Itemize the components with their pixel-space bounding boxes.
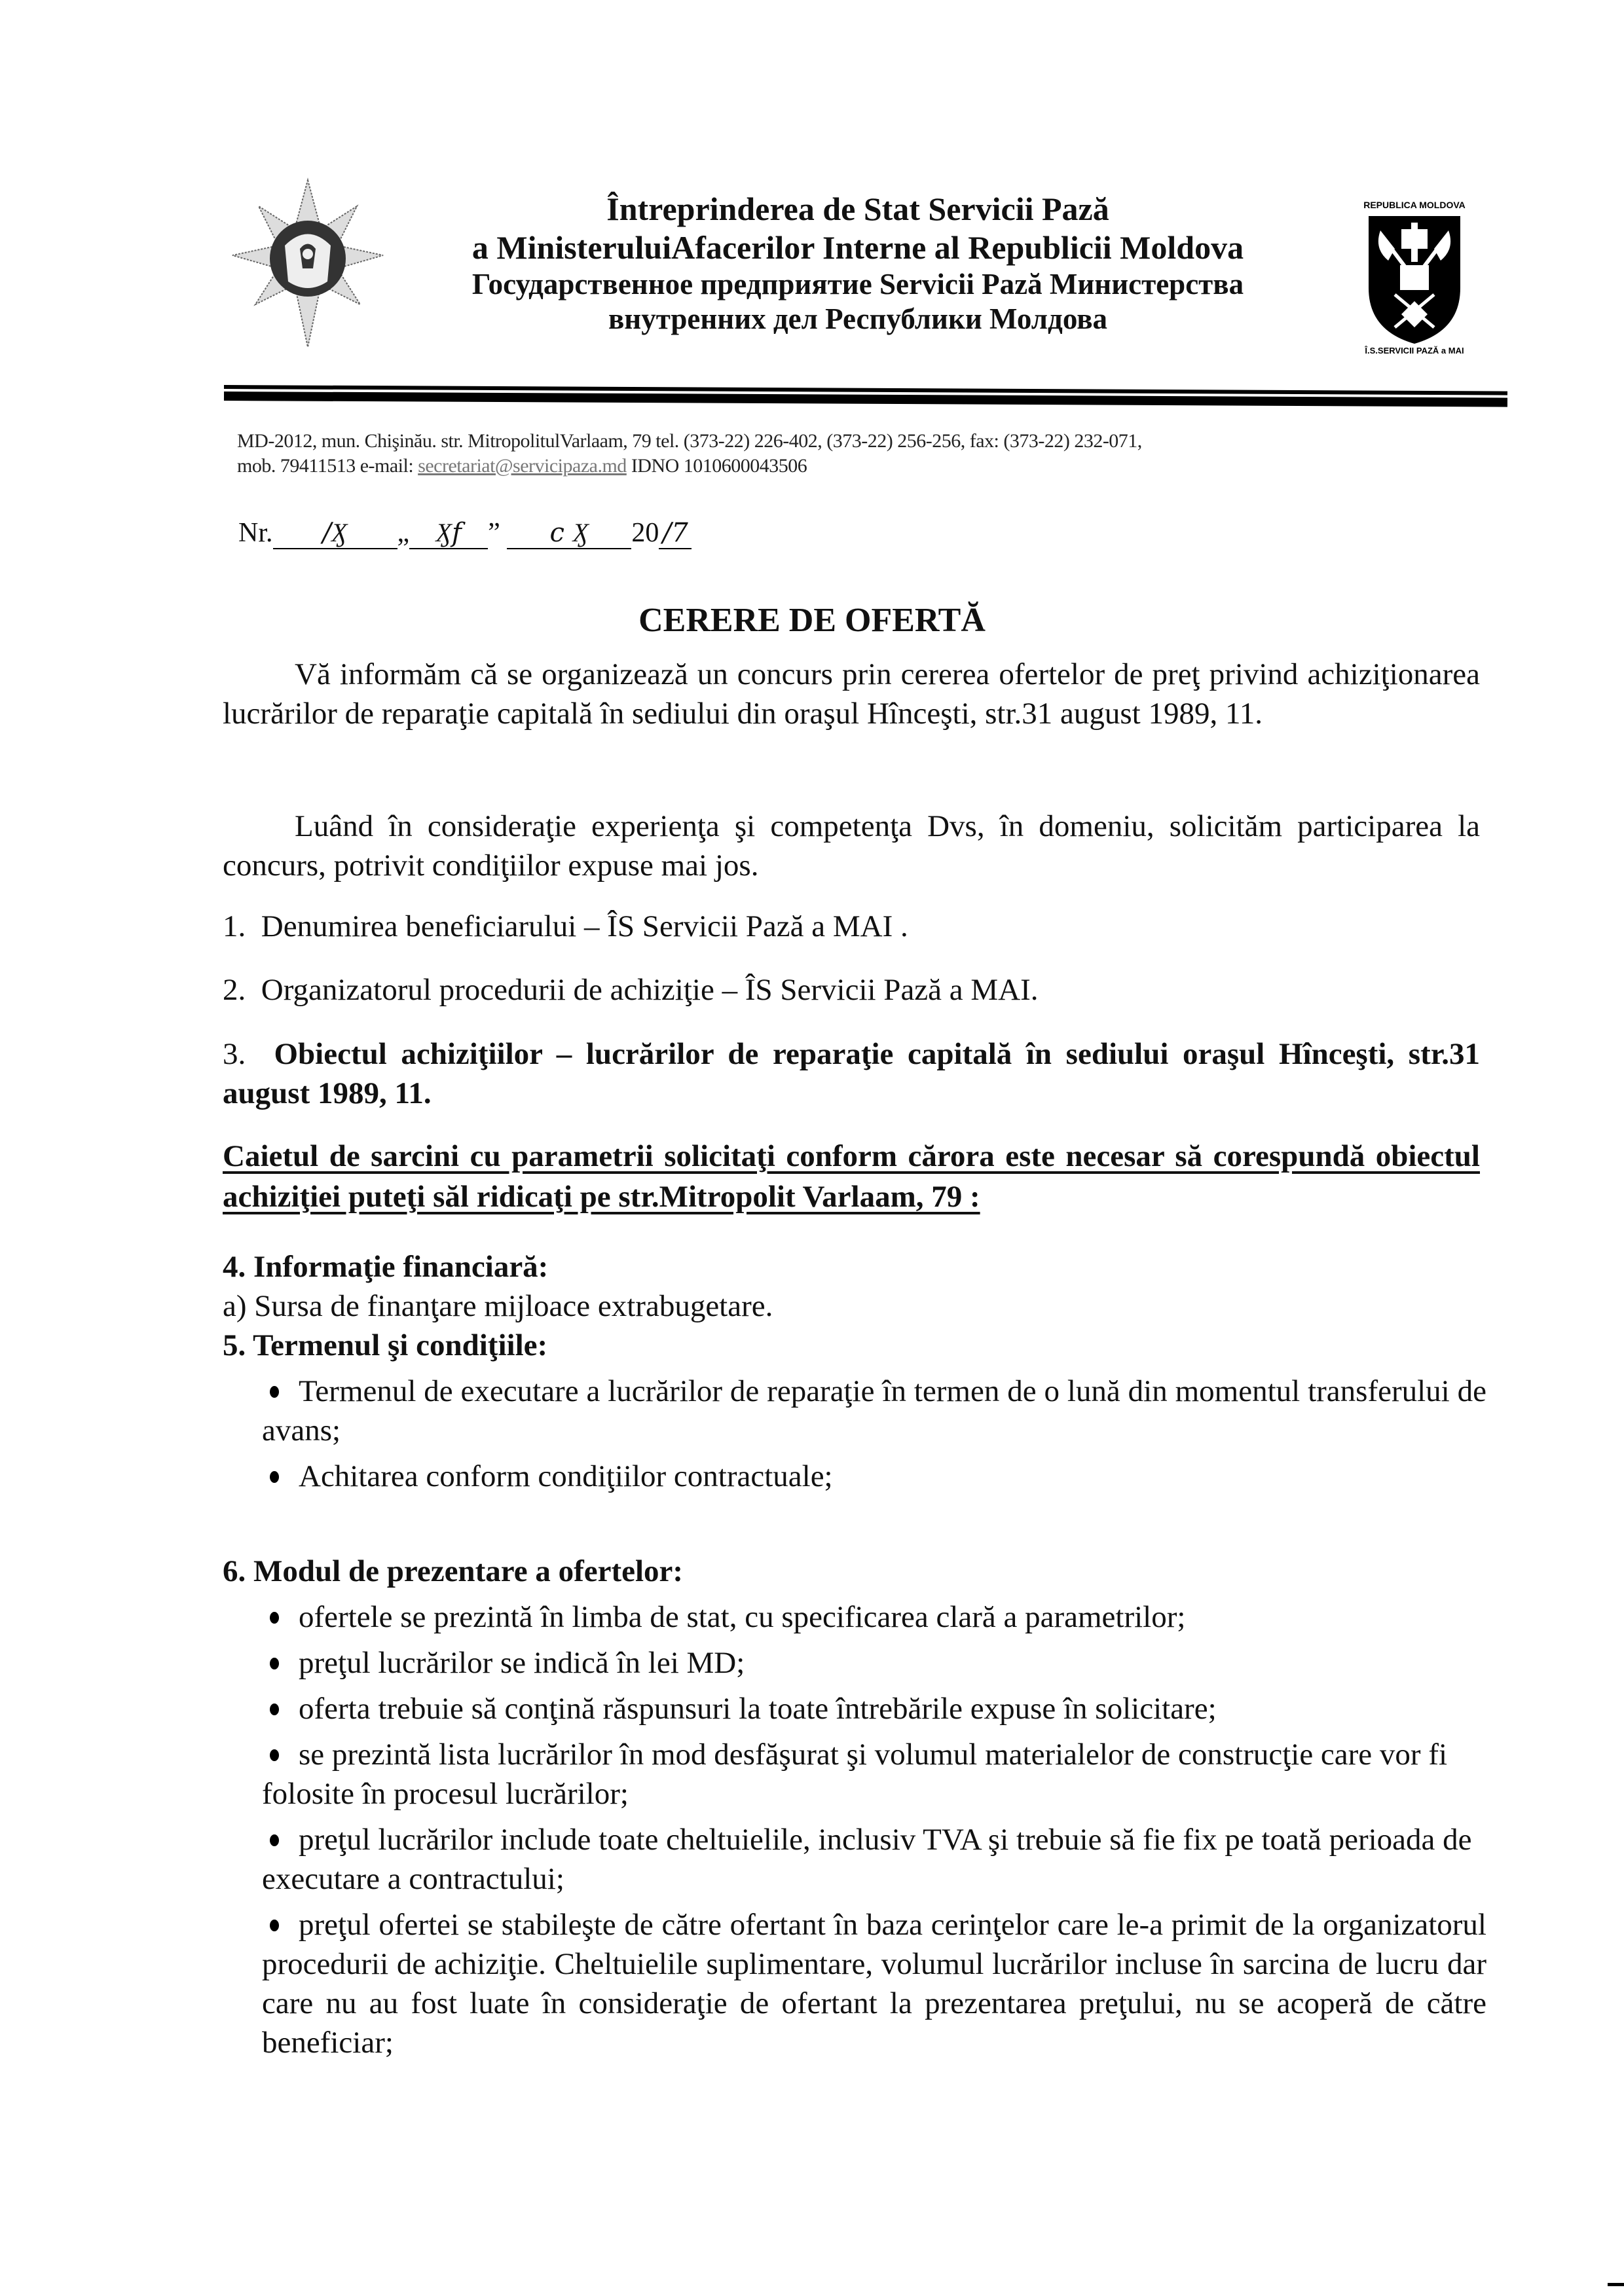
section-financial-info: 4. Informaţie financiară: a) Sursa de fi… — [223, 1247, 1480, 1365]
specifications-notice: Caietul de sarcini cu parametrii solicit… — [223, 1136, 1480, 1217]
document-title: CERERE DE OFERTĂ — [0, 601, 1624, 640]
bullet-icon — [270, 1386, 279, 1398]
funding-source: a) Sursa de finanţare mijloace extrabuge… — [223, 1286, 1480, 1326]
org-name-ru-line2: внутренних дел Республики Молдова — [393, 302, 1323, 337]
contact-info: MD-2012, mun. Chişinău. str. Mitropolitu… — [237, 429, 1514, 478]
list-item: Termenul de executare a lucrărilor de re… — [262, 1372, 1486, 1450]
item-beneficiary: 1. Denumirea beneficiarului – ÎS Servici… — [223, 907, 1480, 946]
organization-header: Întreprinderea de Stat Servicii Pază a M… — [393, 190, 1323, 337]
document-page: Întreprinderea de Stat Servicii Pază a M… — [0, 0, 1624, 2296]
item-procurement-object: 3. Obiectul achiziţiilor – lucrărilor de… — [223, 1034, 1480, 1113]
contact-address-line: MD-2012, mun. Chişinău. str. Mitropolitu… — [237, 429, 1514, 454]
coat-top-text: REPUBLICA MOLDOVA — [1363, 200, 1466, 210]
list-item: preţul lucrărilor se indică în lei MD; — [262, 1643, 1486, 1683]
section-5-bullets: Termenul de executare a lucrărilor de re… — [262, 1372, 1486, 1503]
year-prefix: 20 — [631, 518, 659, 548]
list-item: preţul ofertei se stabileşte de către of… — [262, 1905, 1486, 2062]
list-item: ofertele se prezintă în limba de stat, c… — [262, 1597, 1486, 1637]
nr-value-field: /Ӽ — [273, 518, 397, 549]
coat-bottom-text: Î.S.SERVICII PAZĂ a MAI — [1364, 346, 1464, 355]
bullet-icon — [270, 1471, 279, 1483]
org-name-ro-line2: a MinisteruluiAfacerilor Interne al Repu… — [393, 228, 1323, 267]
contact-mobile: mob. 79411513 e-mail: — [237, 455, 418, 477]
scan-edge-mark — [1608, 2283, 1624, 2286]
section-6-heading: 6. Modul de prezentare a ofertelor: — [223, 1552, 1480, 1591]
contact-idno: IDNO 1010600043506 — [627, 455, 807, 477]
item-organizer: 2. Organizatorul procedurii de achiziţie… — [223, 970, 1480, 1010]
intro-paragraph-2: Luând în consideraţie experienţa şi comp… — [223, 807, 1480, 885]
contact-phone-email-line: mob. 79411513 e-mail: secretariat@servic… — [237, 454, 1514, 479]
year-suffix-field: /7 — [659, 518, 692, 549]
org-name-ro-line1: Întreprinderea de Stat Servicii Pază — [393, 190, 1323, 228]
nr-label: Nr. — [238, 518, 273, 548]
bullet-icon — [270, 1704, 279, 1715]
contact-email-link[interactable]: secretariat@servicipaza.md — [418, 455, 627, 477]
bullet-icon — [270, 1834, 279, 1846]
list-item: Achitarea conform condiţiilor contractua… — [262, 1457, 1486, 1496]
org-name-ru-line1: Государственное предприятие Servicii Paz… — [393, 267, 1323, 302]
bullet-icon — [270, 1749, 279, 1761]
section-5-heading: 5. Termenul şi condiţiile: — [223, 1326, 1480, 1365]
mai-star-emblem-icon — [229, 177, 386, 354]
registration-number-line: Nr./Ӽ„Ӽf” c Ӽ20/7 — [238, 517, 692, 549]
section-6-bullets: ofertele se prezintă în limba de stat, c… — [262, 1597, 1486, 2069]
section-4-heading: 4. Informaţie financiară: — [223, 1247, 1480, 1286]
bullet-icon — [270, 1612, 279, 1624]
bullet-icon — [270, 1920, 279, 1931]
day-open-quote: „ — [397, 518, 410, 548]
list-item: preţul lucrărilor include toate cheltuie… — [262, 1820, 1486, 1899]
month-value-field: c Ӽ — [507, 518, 631, 549]
coat-of-arms-shield-icon: REPUBLICA MOLDOVA Î.S.SERVICII PAZĂ a MA… — [1349, 190, 1480, 360]
list-item: se prezintă lista lucrărilor în mod desf… — [262, 1735, 1486, 1813]
bullet-icon — [270, 1658, 279, 1669]
day-close-quote: ” — [488, 518, 500, 548]
list-item: oferta trebuie să conţină răspunsuri la … — [262, 1689, 1486, 1728]
day-value-field: Ӽf — [409, 518, 488, 549]
intro-paragraph-1: Vă informăm că se organizează un concurs… — [223, 655, 1480, 733]
